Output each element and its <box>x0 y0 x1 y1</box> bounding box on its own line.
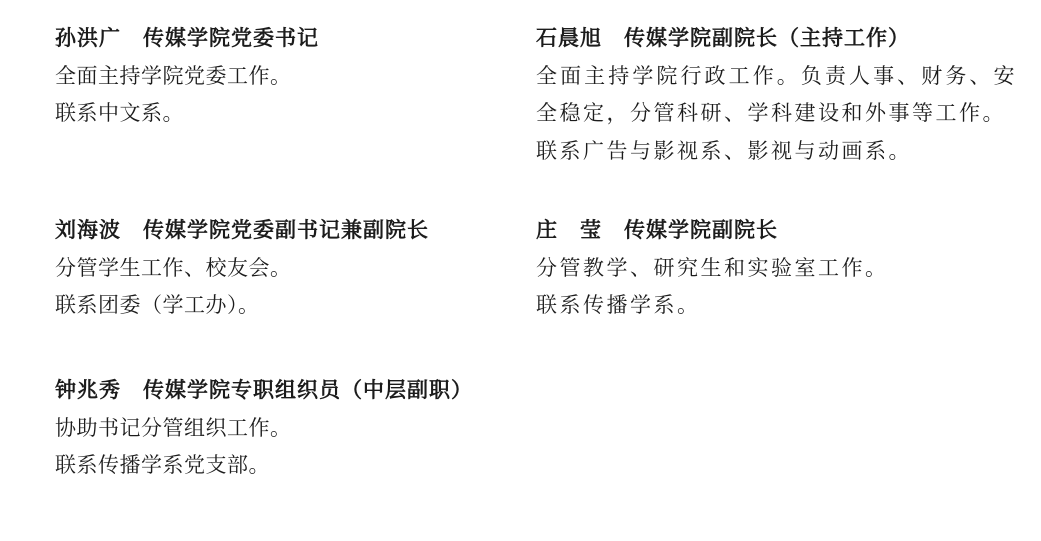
entry-zhong-zhaoxiu: 钟兆秀传媒学院专职组织员（中层副职） 协助书记分管组织工作。 联系传播学系党支部… <box>55 372 506 485</box>
person-name: 钟兆秀 <box>55 378 121 402</box>
contact-line: 联系传播学系。 <box>536 287 1017 325</box>
contact-line: 联系广告与影视系、影视与动画系。 <box>536 133 1017 171</box>
entry-heading: 庄 莹传媒学院副院长 <box>536 212 1017 250</box>
person-name: 庄 莹 <box>536 218 602 242</box>
entry-zhuang-ying: 庄 莹传媒学院副院长 分管教学、研究生和实验室工作。 联系传播学系。 <box>536 212 1017 325</box>
entry-heading: 钟兆秀传媒学院专职组织员（中层副职） <box>55 372 506 410</box>
person-title: 传媒学院副院长（主持工作） <box>624 26 910 50</box>
contact-line: 联系中文系。 <box>55 95 506 133</box>
duty-line: 协助书记分管组织工作。 <box>55 410 506 448</box>
person-title: 传媒学院副院长 <box>624 218 778 242</box>
duty-line: 分管学生工作、校友会。 <box>55 250 506 288</box>
personnel-roster: 孙洪广传媒学院党委书记 全面主持学院党委工作。 联系中文系。 石晨旭传媒学院副院… <box>0 0 1041 485</box>
person-title: 传媒学院党委书记 <box>143 26 319 50</box>
entry-liu-haibo: 刘海波传媒学院党委副书记兼副院长 分管学生工作、校友会。 联系团委（学工办）。 <box>55 212 506 325</box>
entry-shi-chenxu: 石晨旭传媒学院副院长（主持工作） 全面主持学院行政工作。负责人事、财务、安全稳定… <box>536 20 1017 170</box>
duty-line: 全面主持学院党委工作。 <box>55 58 506 96</box>
contact-line: 联系传播学系党支部。 <box>55 447 506 485</box>
person-name: 石晨旭 <box>536 26 602 50</box>
contact-line: 联系团委（学工办）。 <box>55 287 506 325</box>
person-title: 传媒学院党委副书记兼副院长 <box>143 218 429 242</box>
person-name: 孙洪广 <box>55 26 121 50</box>
person-title: 传媒学院专职组织员（中层副职） <box>143 378 473 402</box>
entry-heading: 石晨旭传媒学院副院长（主持工作） <box>536 20 1017 58</box>
duty-line: 分管教学、研究生和实验室工作。 <box>536 250 1017 288</box>
entry-heading: 孙洪广传媒学院党委书记 <box>55 20 506 58</box>
document-page: 孙洪广传媒学院党委书记 全面主持学院党委工作。 联系中文系。 石晨旭传媒学院副院… <box>0 0 1041 541</box>
entry-heading: 刘海波传媒学院党委副书记兼副院长 <box>55 212 506 250</box>
entry-sun-hongguang: 孙洪广传媒学院党委书记 全面主持学院党委工作。 联系中文系。 <box>55 20 506 133</box>
duty-line: 全面主持学院行政工作。负责人事、财务、安全稳定，分管科研、学科建设和外事等工作。 <box>536 58 1017 133</box>
person-name: 刘海波 <box>55 218 121 242</box>
